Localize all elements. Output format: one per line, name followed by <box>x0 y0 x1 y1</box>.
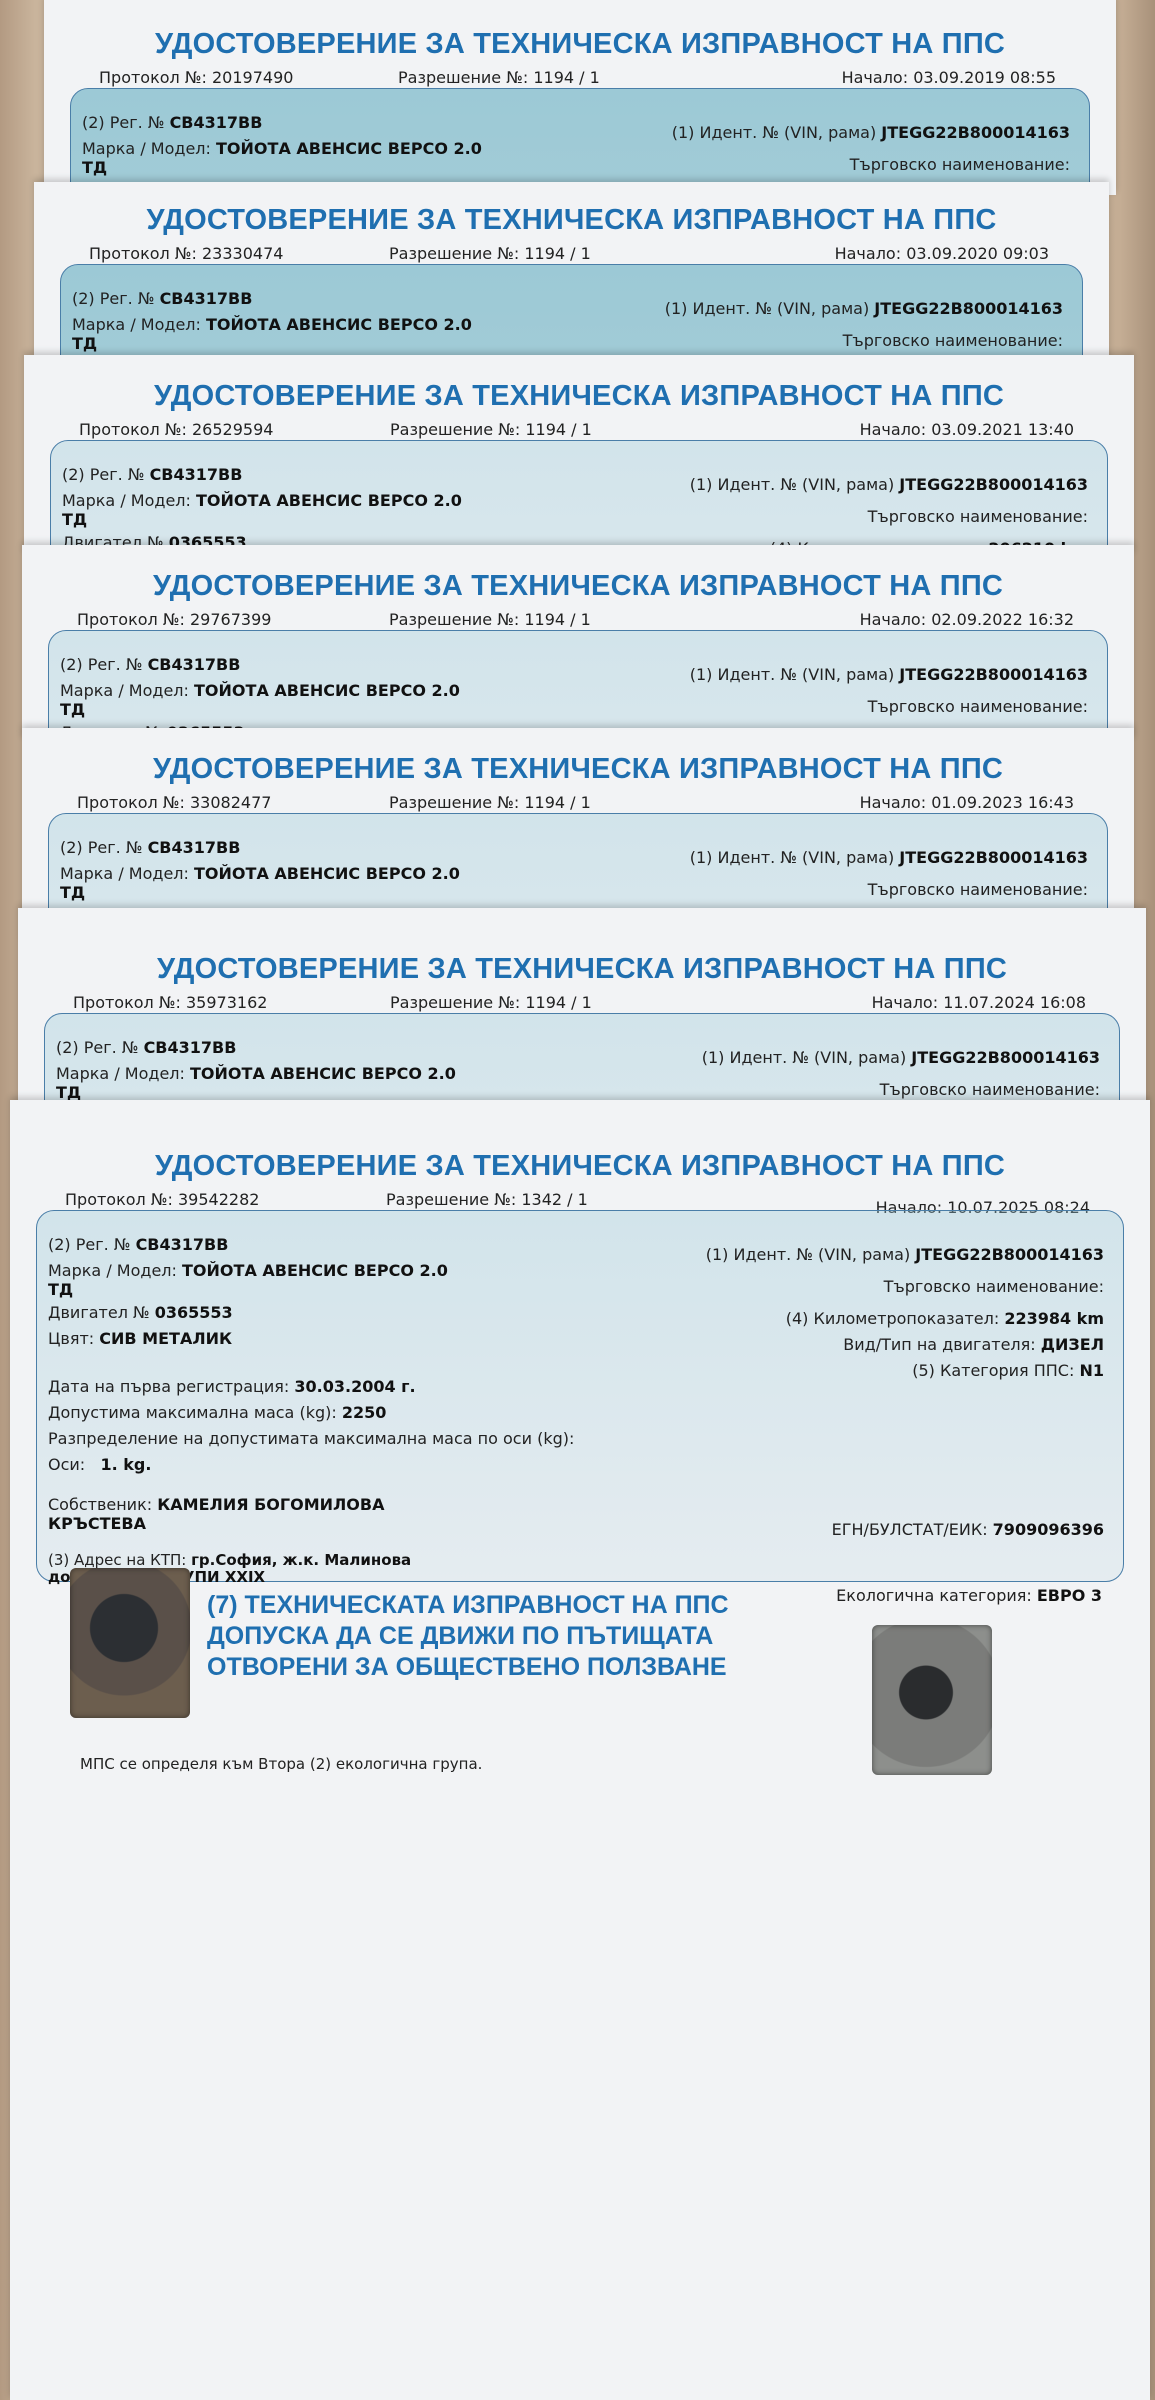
certificate-title: УДОСТОВЕРЕНИЕ ЗА ТЕХНИЧЕСКА ИЗПРАВНОСТ Н… <box>10 1150 1150 1183</box>
certificate-card: УДОСТОВЕРЕНИЕ ЗА ТЕХНИЧЕСКА ИЗПРАВНОСТ Н… <box>34 182 1109 362</box>
protocol-number: Протокол №: 29767399 <box>77 610 271 629</box>
axles: Оси: 1. kg. <box>48 1455 151 1474</box>
odometer: (4) Километропоказател: 223984 km <box>786 1309 1104 1328</box>
start-datetime: Начало: 03.09.2019 08:55 <box>842 68 1056 87</box>
egn: ЕГН/БУЛСТАТ/ЕИК: 7909096396 <box>832 1520 1104 1539</box>
permit-number: Разрешение №: 1194 / 1 <box>398 68 600 87</box>
trade-name: Търговско наименование: <box>868 697 1088 716</box>
certificate-card: УДОСТОВЕРЕНИЕ ЗА ТЕХНИЧЕСКА ИЗПРАВНОСТ Н… <box>44 0 1116 195</box>
reg-number: (2) Рег. № СВ4317ВВ <box>56 1038 236 1057</box>
certificate-card: УДОСТОВЕРЕНИЕ ЗА ТЕХНИЧЕСКА ИЗПРАВНОСТ Н… <box>22 545 1134 740</box>
first-registration: Дата на първа регистрация: 30.03.2004 г. <box>48 1377 416 1396</box>
permit-number: Разрешение №: 1194 / 1 <box>390 420 592 439</box>
certificate-title: УДОСТОВЕРЕНИЕ ЗА ТЕХНИЧЕСКА ИЗПРАВНОСТ Н… <box>22 570 1134 603</box>
start-datetime: Начало: 11.07.2024 16:08 <box>872 993 1086 1012</box>
trade-name: Търговско наименование: <box>880 1080 1100 1099</box>
axle-distribution: Разпределение на допустимата максимална … <box>48 1429 574 1448</box>
certificate-title: УДОСТОВЕРЕНИЕ ЗА ТЕХНИЧЕСКА ИЗПРАВНОСТ Н… <box>44 28 1116 61</box>
certificate-title: УДОСТОВЕРЕНИЕ ЗА ТЕХНИЧЕСКА ИЗПРАВНОСТ Н… <box>24 380 1134 413</box>
reg-number: (2) Рег. № СВ4317ВВ <box>60 655 240 674</box>
owner: Собственик: КАМЕЛИЯ БОГОМИЛОВАКРЪСТЕВА <box>48 1495 384 1533</box>
start-datetime: Начало: 03.09.2021 13:40 <box>860 420 1074 439</box>
make-model: Марка / Модел: ТОЙОТА АВЕНСИС ВЕРСО 2.0Т… <box>82 139 482 177</box>
engine-type: Вид/Тип на двигателя: ДИЗЕЛ <box>843 1335 1104 1354</box>
trade-name: Търговско наименование: <box>868 507 1088 526</box>
protocol-number: Протокол №: 23330474 <box>89 244 283 263</box>
vehicle-category: (5) Категория ППС: N1 <box>912 1361 1104 1380</box>
protocol-number: Протокол №: 33082477 <box>77 793 271 812</box>
vin: (1) Идент. № (VIN, рама) JTEGG22B8000141… <box>690 665 1088 684</box>
vin: (1) Идент. № (VIN, рама) JTEGG22B8000141… <box>706 1245 1104 1264</box>
max-mass: Допустима максимална маса (kg): 2250 <box>48 1403 386 1422</box>
certificate-card: УДОСТОВЕРЕНИЕ ЗА ТЕХНИЧЕСКА ИЗПРАВНОСТ Н… <box>24 355 1134 555</box>
reg-number: (2) Рег. № СВ4317ВВ <box>60 838 240 857</box>
protocol-number: Протокол №: 39542282 <box>65 1190 259 1209</box>
reg-number: (2) Рег. № СВ4317ВВ <box>48 1235 228 1254</box>
roadworthiness-statement: (7) ТЕХНИЧЕСКАТА ИЗПРАВНОСТ НА ППСДОПУСК… <box>207 1590 729 1683</box>
make-model: Марка / Модел: ТОЙОТА АВЕНСИС ВЕРСО 2.0Т… <box>60 681 460 719</box>
trade-name: Търговско наименование: <box>884 1277 1104 1296</box>
hologram-seal-left-icon <box>70 1568 190 1718</box>
certificate-title: УДОСТОВЕРЕНИЕ ЗА ТЕХНИЧЕСКА ИЗПРАВНОСТ Н… <box>22 753 1134 786</box>
start-datetime: Начало: 03.09.2020 09:03 <box>835 244 1049 263</box>
vin: (1) Идент. № (VIN, рама) JTEGG22B8000141… <box>665 299 1063 318</box>
trade-name: Търговско наименование: <box>850 155 1070 174</box>
protocol-number: Протокол №: 26529594 <box>79 420 273 439</box>
make-model: Марка / Модел: ТОЙОТА АВЕНСИС ВЕРСО 2.0Т… <box>56 1064 456 1102</box>
eco-group-note: МПС се определя към Втора (2) екологична… <box>80 1755 482 1773</box>
vin: (1) Идент. № (VIN, рама) JTEGG22B8000141… <box>672 123 1070 142</box>
certificate-card: УДОСТОВЕРЕНИЕ ЗА ТЕХНИЧЕСКА ИЗПРАВНОСТ Н… <box>10 1100 1150 2400</box>
certificate-card: УДОСТОВЕРЕНИЕ ЗА ТЕХНИЧЕСКА ИЗПРАВНОСТ Н… <box>18 908 1146 1108</box>
protocol-number: Протокол №: 35973162 <box>73 993 267 1012</box>
permit-number: Разрешение №: 1342 / 1 <box>386 1190 588 1209</box>
start-datetime: Начало: 01.09.2023 16:43 <box>860 793 1074 812</box>
reg-number: (2) Рег. № СВ4317ВВ <box>72 289 252 308</box>
vin: (1) Идент. № (VIN, рама) JTEGG22B8000141… <box>690 475 1088 494</box>
protocol-number: Протокол №: 20197490 <box>99 68 293 87</box>
permit-number: Разрешение №: 1194 / 1 <box>389 244 591 263</box>
permit-number: Разрешение №: 1194 / 1 <box>389 793 591 812</box>
permit-number: Разрешение №: 1194 / 1 <box>390 993 592 1012</box>
reg-number: (2) Рег. № СВ4317ВВ <box>82 113 262 132</box>
make-model: Марка / Модел: ТОЙОТА АВЕНСИС ВЕРСО 2.0Т… <box>60 864 460 902</box>
vin: (1) Идент. № (VIN, рама) JTEGG22B8000141… <box>690 848 1088 867</box>
vin: (1) Идент. № (VIN, рама) JTEGG22B8000141… <box>702 1048 1100 1067</box>
make-model: Марка / Модел: ТОЙОТА АВЕНСИС ВЕРСО 2.0Т… <box>48 1261 448 1299</box>
reg-number: (2) Рег. № СВ4317ВВ <box>62 465 242 484</box>
certificate-title: УДОСТОВЕРЕНИЕ ЗА ТЕХНИЧЕСКА ИЗПРАВНОСТ Н… <box>34 204 1109 237</box>
vehicle-color: Цвят: СИВ МЕТАЛИК <box>48 1329 232 1348</box>
permit-number: Разрешение №: 1194 / 1 <box>389 610 591 629</box>
make-model: Марка / Модел: ТОЙОТА АВЕНСИС ВЕРСО 2.0Т… <box>72 315 472 353</box>
start-datetime: Начало: 02.09.2022 16:32 <box>860 610 1074 629</box>
hologram-seal-right-icon <box>872 1625 992 1775</box>
engine-number: Двигател № 0365553 <box>48 1303 233 1322</box>
eco-category: Екологична категория: ЕВРО 3 <box>836 1586 1102 1605</box>
trade-name: Търговско наименование: <box>843 331 1063 350</box>
trade-name: Търговско наименование: <box>868 880 1088 899</box>
certificate-title: УДОСТОВЕРЕНИЕ ЗА ТЕХНИЧЕСКА ИЗПРАВНОСТ Н… <box>18 953 1146 986</box>
make-model: Марка / Модел: ТОЙОТА АВЕНСИС ВЕРСО 2.0Т… <box>62 491 462 529</box>
